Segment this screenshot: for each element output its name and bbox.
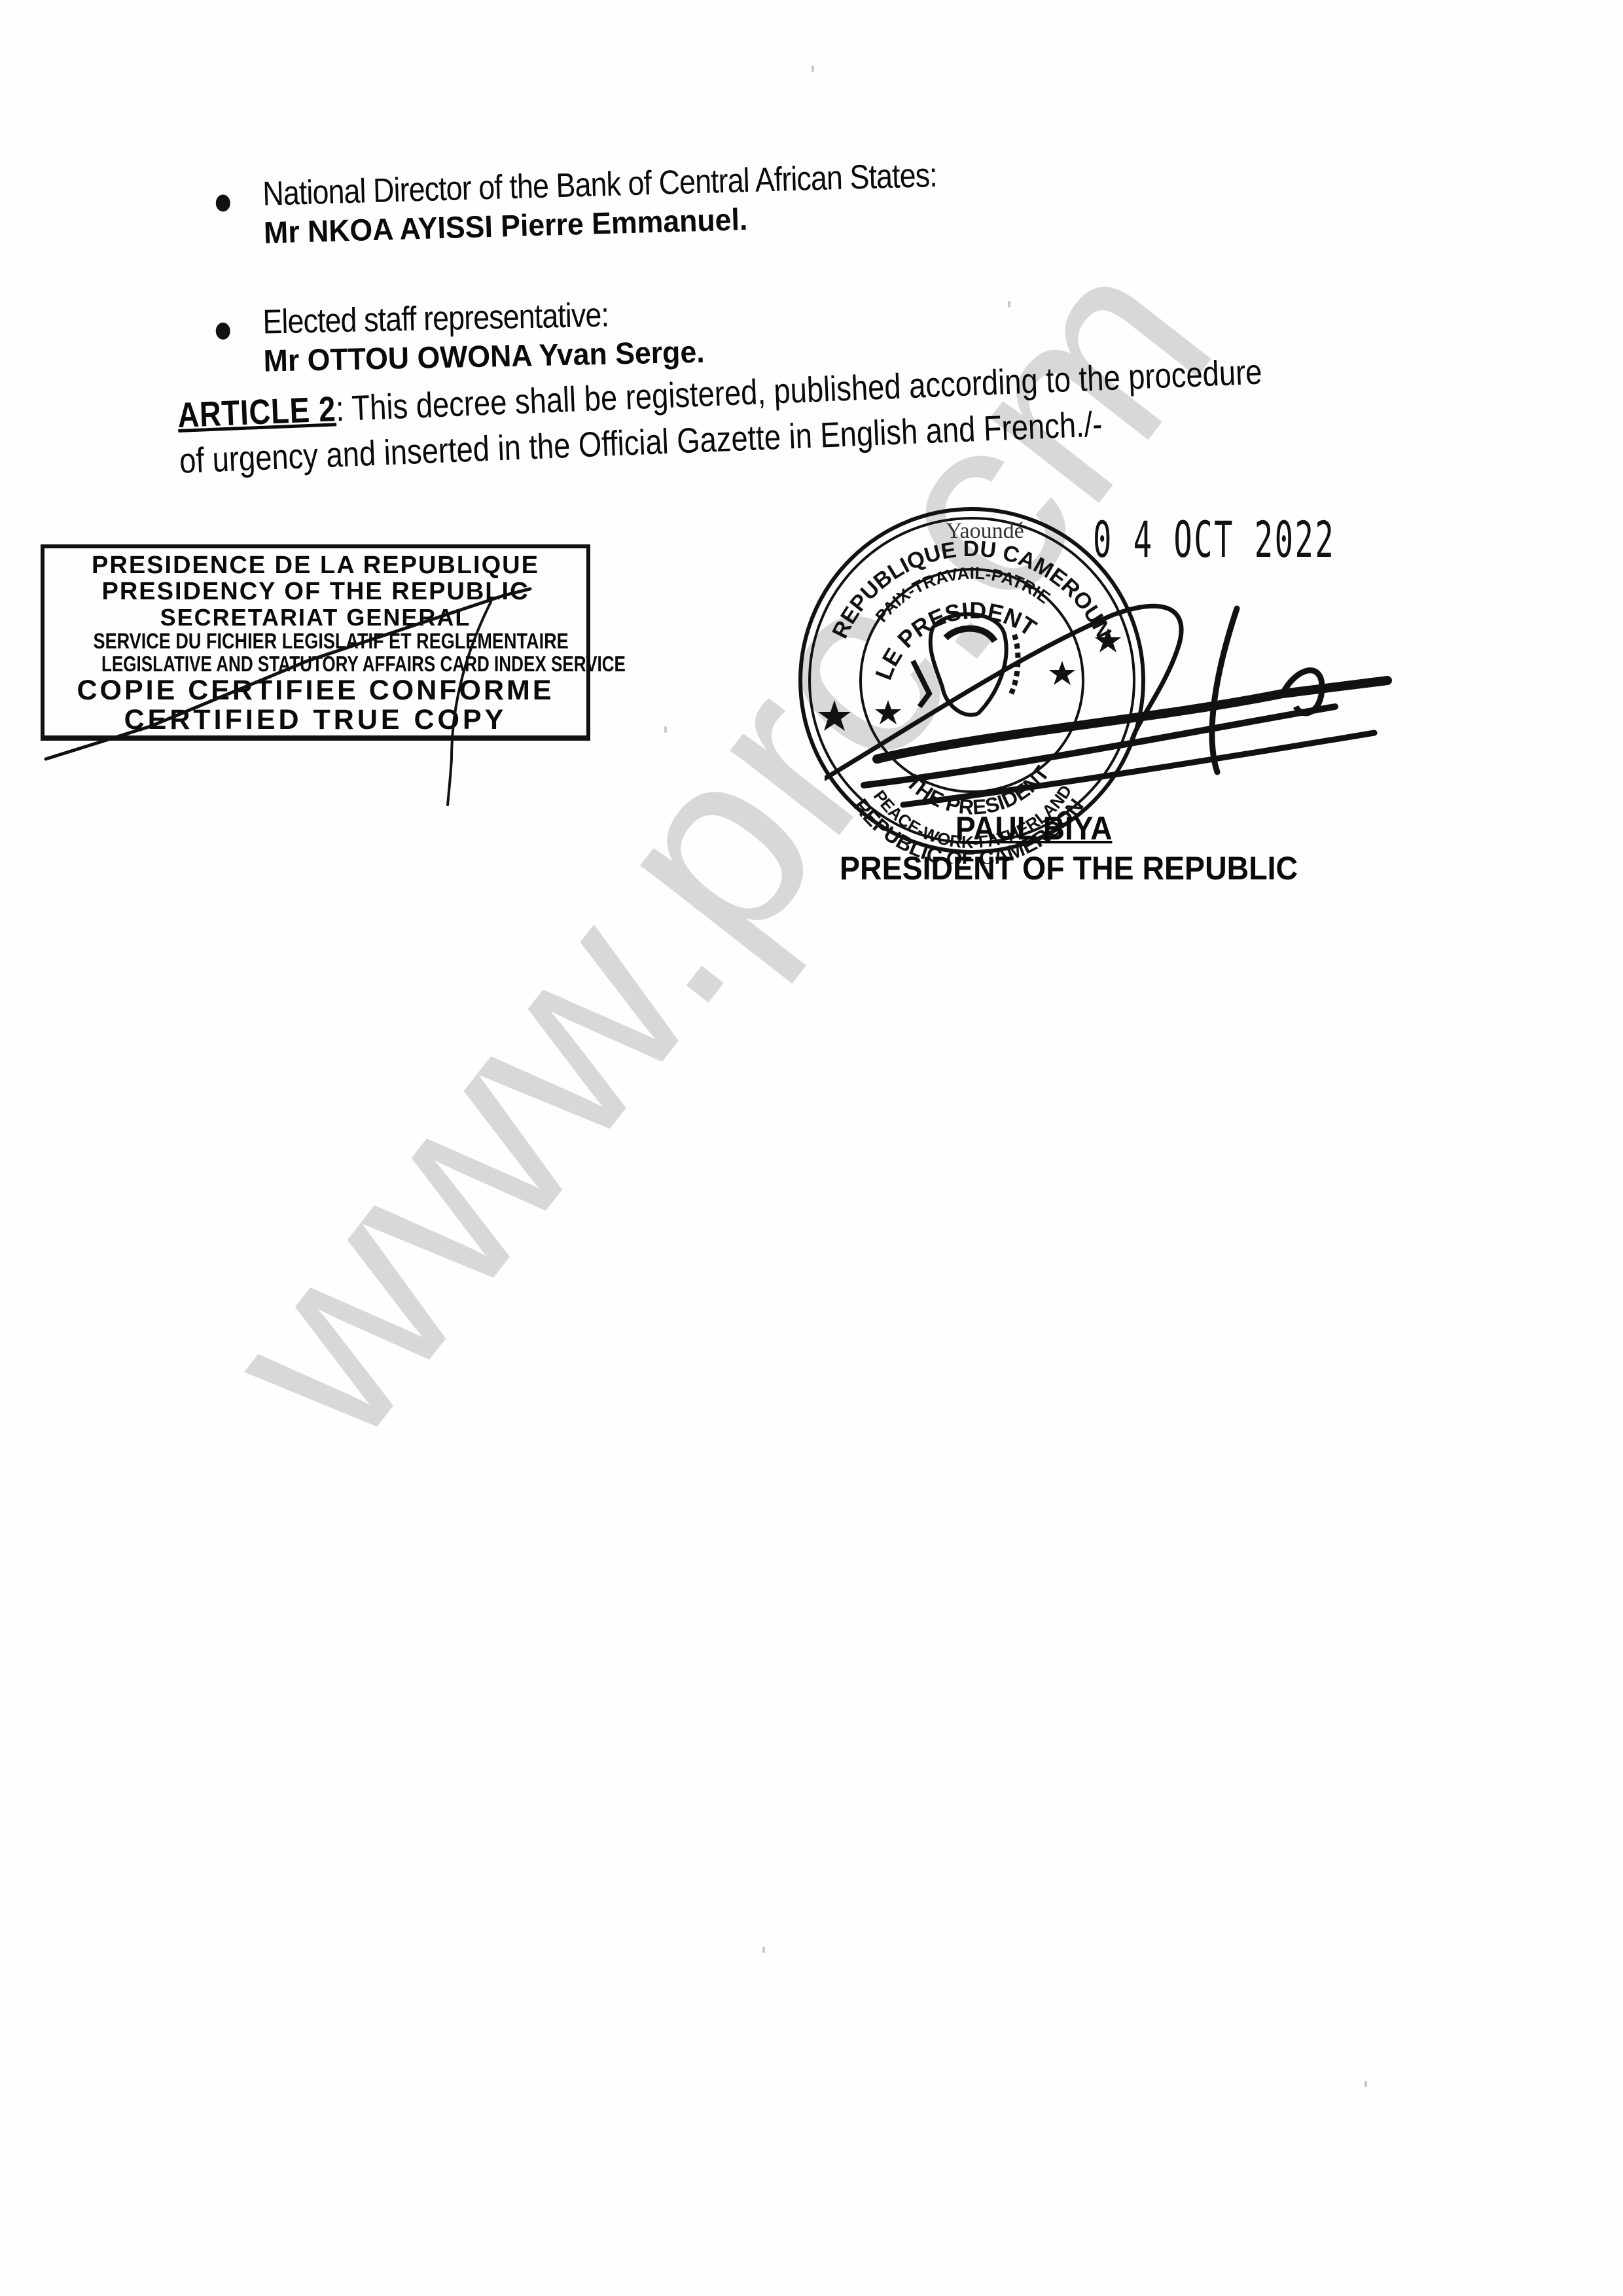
stamp-line: PRESIDENCY OF THE REPUBLIC xyxy=(45,578,586,605)
bullet-icon xyxy=(215,323,230,340)
member-list-item: Elected staff representative: Mr OTTOU O… xyxy=(215,292,728,381)
scan-speck xyxy=(762,1947,765,1953)
svg-text:Yaoundé: Yaoundé xyxy=(946,519,1024,543)
signatory-title: PRESIDENT OF THE REPUBLIC xyxy=(840,849,1298,887)
date-stamp: 0 4 OCT 2022 xyxy=(1093,510,1335,569)
stamp-line: COPIE CERTIFIEE CONFORME xyxy=(45,676,586,706)
scan-speck xyxy=(664,726,667,733)
bullet-icon xyxy=(215,194,230,212)
member-role: Elected staff representative: xyxy=(262,295,609,343)
document-page: www.prc.cm National Director of the Bank… xyxy=(0,0,1623,2296)
scan-speck xyxy=(811,65,814,72)
scan-speck xyxy=(1008,301,1010,308)
scan-speck xyxy=(1364,2081,1367,2087)
stamp-line: CERTIFIED TRUE COPY xyxy=(45,705,586,735)
stamp-line: SECRETARIAT GENERAL xyxy=(45,605,586,630)
member-list-item: National Director of the Bank of Central… xyxy=(215,152,1048,253)
stamp-line: PRESIDENCE DE LA REPUBLIQUE xyxy=(45,552,586,578)
stamp-line: SERVICE DU FICHIER LEGISLATIF ET REGLEME… xyxy=(94,630,538,653)
article-heading: ARTICLE 2 xyxy=(177,389,336,435)
signatory-name: PAUL BIYA xyxy=(955,809,1112,847)
certified-copy-stamp: PRESIDENCE DE LA REPUBLIQUE PRESIDENCY O… xyxy=(41,544,590,741)
stamp-line: LEGISLATIVE AND STATUTORY AFFAIRS CARD I… xyxy=(101,653,529,676)
